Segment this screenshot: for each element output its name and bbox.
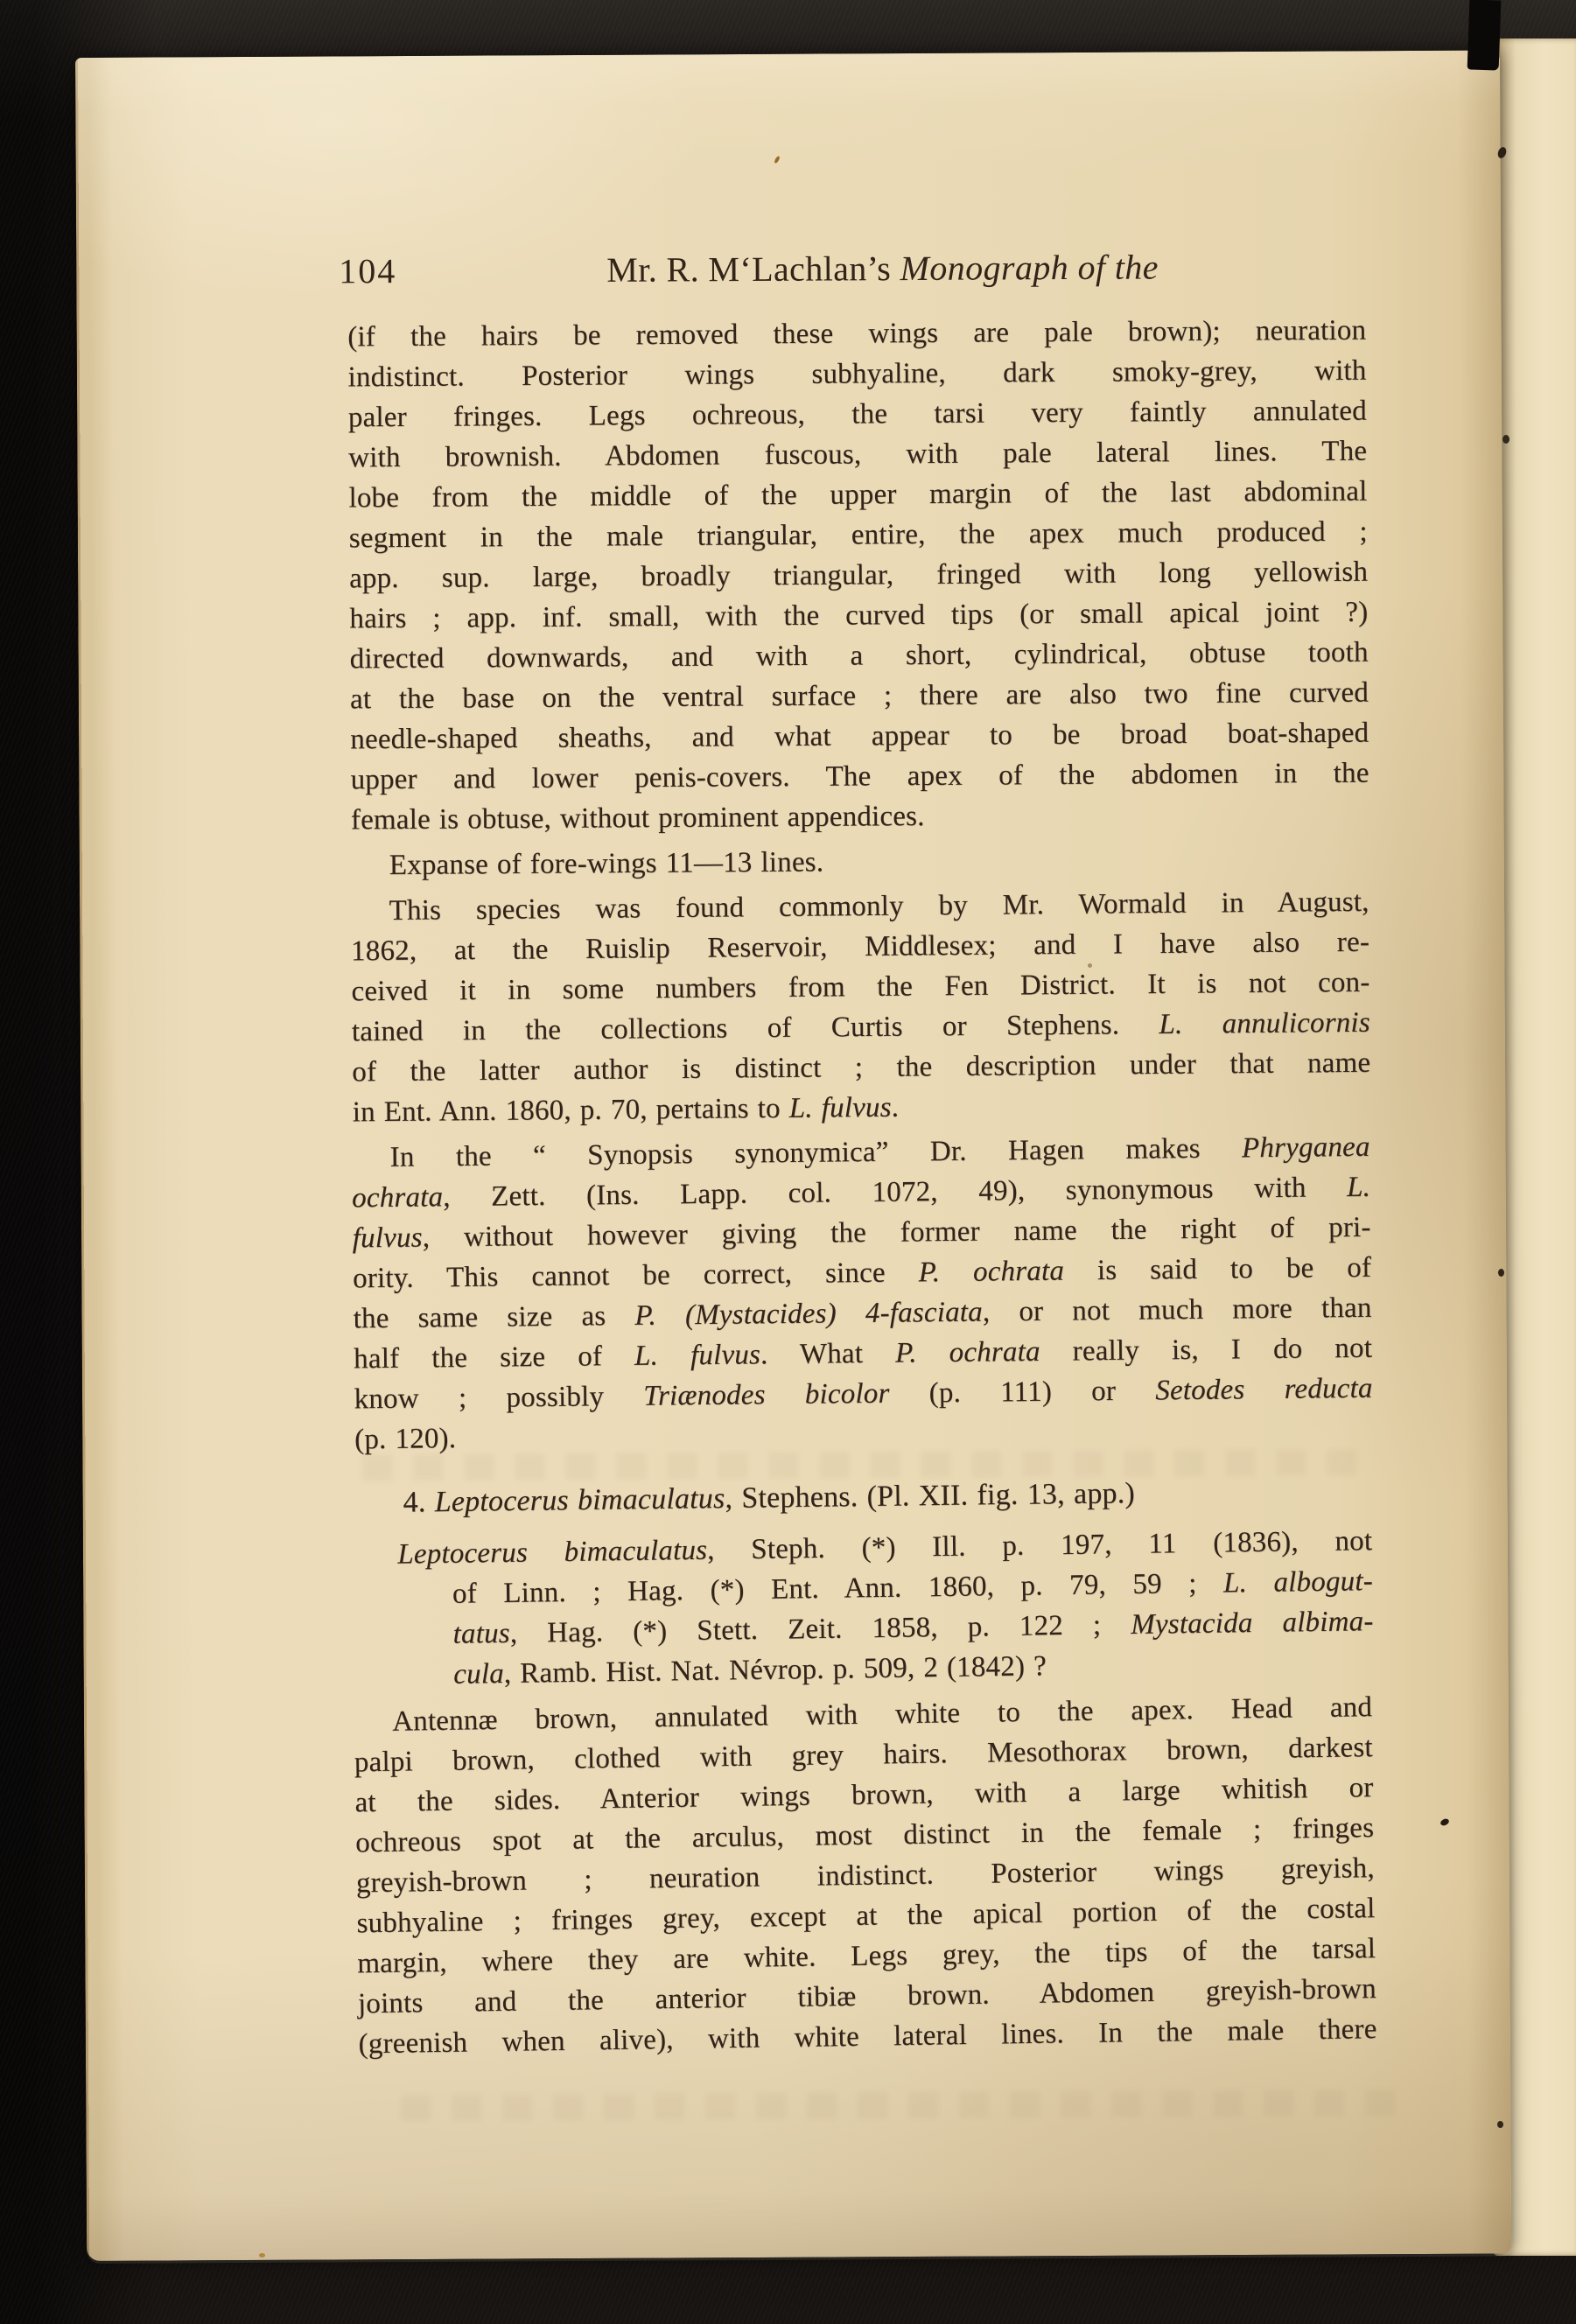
roman-text: needle-shaped sheaths, and what appear t… bbox=[350, 717, 1369, 756]
text-block: (if the hairs be removed these wings are… bbox=[348, 311, 1376, 2069]
text-line: indistinct. Posterior wings subhyaline, … bbox=[347, 351, 1366, 398]
roman-text: (p. 111) or bbox=[889, 1375, 1155, 1409]
italic-text: P. ochrata bbox=[918, 1256, 1064, 1289]
text-line: female is obtuse, without prominent appe… bbox=[351, 794, 1369, 841]
roman-text: ceived it in some numbers from the Fen D… bbox=[351, 967, 1369, 1008]
roman-text: , or not much more than bbox=[983, 1292, 1372, 1328]
binding-gap bbox=[1467, 0, 1502, 71]
show-through-band bbox=[401, 2089, 1407, 2121]
roman-text: , Steph. (*) Ill. p. 197, 11 (1836), not bbox=[707, 1525, 1373, 1566]
roman-text: with brownish. Abdomen fuscous, with pal… bbox=[348, 436, 1367, 474]
paragraph: In the “ Synopsis synonymica” Dr. Hagen … bbox=[351, 1127, 1373, 1460]
italic-text: L. annulicornis bbox=[1159, 1007, 1370, 1040]
roman-text: Expanse of fore-wings 11—13 lines. bbox=[389, 846, 824, 881]
roman-text: . What bbox=[760, 1338, 895, 1371]
text-line: segment in the male triangular, entire, … bbox=[349, 512, 1368, 559]
italic-text: cula bbox=[453, 1658, 504, 1690]
roman-text: at the base on the ventral surface ; the… bbox=[350, 677, 1369, 716]
text-line: lobe from the middle of the upper margin… bbox=[348, 472, 1367, 519]
italic-text: Triænodes bicolor bbox=[643, 1378, 890, 1412]
italic-text: Leptocerus bimaculatus bbox=[397, 1535, 707, 1571]
roman-text: of Linn. ; Hag. (*) Ent. Ann. 1860, p. 7… bbox=[452, 1567, 1224, 1609]
text-line: (if the hairs be removed these wings are… bbox=[347, 311, 1366, 358]
text-line: app. sup. large, broadly triangular, fri… bbox=[349, 552, 1368, 599]
text-line: 4. Leptocerus bimaculatus, Stephens. (Pl… bbox=[354, 1471, 1372, 1524]
roman-text: upper and lower penis-covers. The apex o… bbox=[351, 758, 1369, 796]
roman-text: app. sup. large, broadly triangular, fri… bbox=[349, 556, 1368, 595]
italic-text: tatus bbox=[452, 1618, 510, 1650]
roman-text: female is obtuse, without prominent appe… bbox=[351, 801, 925, 836]
text-line: paler fringes. Legs ochreous, the tarsi … bbox=[348, 391, 1367, 438]
roman-text: paler fringes. Legs ochreous, the tarsi … bbox=[348, 395, 1367, 434]
roman-text: ority. This cannot be correct, since bbox=[353, 1256, 919, 1294]
italic-text: ochrata bbox=[352, 1181, 443, 1214]
italic-text: Leptocerus bimaculatus bbox=[435, 1482, 725, 1518]
scanner-background: 104 Mr. R. M‘Lachlan’s Monograph of the … bbox=[0, 0, 1576, 2324]
dust-speck bbox=[1498, 1269, 1504, 1277]
roman-text: , Zett. (Ins. Lapp. col. 1072, 49), syno… bbox=[443, 1172, 1347, 1213]
paragraph: Expanse of fore-wings 11—13 lines. bbox=[351, 838, 1369, 886]
dust-speck bbox=[1497, 2121, 1503, 2128]
roman-text: know ; possibly bbox=[354, 1381, 643, 1416]
italic-text: L. bbox=[1347, 1172, 1370, 1203]
roman-text: in Ent. Ann. 1860, p. 70, pertains to bbox=[353, 1093, 789, 1129]
roman-text: really is, I do not bbox=[1040, 1333, 1373, 1368]
italic-text: L. albogut- bbox=[1223, 1565, 1373, 1599]
roman-text: , Stephens. (Pl. XII. fig. 13, app.) bbox=[725, 1477, 1135, 1515]
text-line: hairs ; app. inf. small, with the curved… bbox=[349, 592, 1368, 640]
text-line: needle-shaped sheaths, and what appear t… bbox=[350, 713, 1369, 760]
paragraph: (if the hairs be removed these wings are… bbox=[347, 311, 1369, 841]
paragraph: This species was found commonly by Mr. W… bbox=[350, 882, 1370, 1133]
text-line: at the base on the ventral surface ; the… bbox=[350, 673, 1369, 720]
book-page: 104 Mr. R. M‘Lachlan’s Monograph of the … bbox=[75, 50, 1511, 2260]
foxing-speck bbox=[1088, 963, 1092, 968]
italic-text: fulvus bbox=[352, 1221, 422, 1254]
roman-text: segment in the male triangular, entire, … bbox=[349, 516, 1368, 555]
roman-text: (p. 120). bbox=[354, 1423, 456, 1455]
roman-text: (if the hairs be removed these wings are… bbox=[347, 315, 1366, 353]
roman-text: is said to be of bbox=[1064, 1252, 1371, 1287]
running-title: Mr. R. M‘Lachlan’s Monograph of the bbox=[606, 247, 1159, 290]
roman-text: lobe from the middle of the upper margin… bbox=[348, 476, 1367, 514]
italic-text: P. ochrata bbox=[895, 1336, 1040, 1369]
italic-text: P. (Mystacides) 4-fasciata bbox=[634, 1297, 983, 1332]
roman-text: of the latter author is distinct ; the d… bbox=[352, 1047, 1370, 1088]
text-line: directed downwards, and with a short, cy… bbox=[350, 633, 1369, 680]
roman-text: tained in the collections of Curtis or S… bbox=[352, 1009, 1159, 1047]
roman-text: In the “ Synopsis synonymica” Dr. Hagen … bbox=[389, 1132, 1242, 1173]
roman-text: 4. bbox=[403, 1486, 435, 1518]
roman-text: half the size of bbox=[354, 1340, 634, 1375]
roman-text: , Ramb. Hist. Nat. Névrop. p. 509, 2 (18… bbox=[504, 1650, 1047, 1690]
roman-text: This species was found commonly by Mr. W… bbox=[389, 886, 1369, 927]
text-line: Expanse of fore-wings 11—13 lines. bbox=[351, 838, 1369, 886]
roman-text: 1862, at the Ruislip Reservoir, Middlese… bbox=[351, 927, 1369, 968]
running-head: 104 Mr. R. M‘Lachlan’s Monograph of the bbox=[76, 244, 1501, 296]
text-line: in Ent. Ann. 1860, p. 70, pertains to L.… bbox=[353, 1083, 1371, 1133]
paragraph: 4. Leptocerus bimaculatus, Stephens. (Pl… bbox=[354, 1471, 1372, 1524]
roman-text: indistinct. Posterior wings subhyaline, … bbox=[347, 355, 1366, 394]
roman-text: . bbox=[892, 1092, 900, 1123]
running-title-italic: Monograph of the bbox=[900, 248, 1159, 289]
roman-text: hairs ; app. inf. small, with the curved… bbox=[349, 597, 1368, 635]
roman-text: , without however giving the former name… bbox=[423, 1212, 1371, 1254]
text-line: upper and lower penis-covers. The apex o… bbox=[350, 753, 1369, 801]
roman-text: , Hag. (*) Stett. Zeit. 1858, p. 122 ; bbox=[510, 1609, 1131, 1649]
italic-text: Phryganea bbox=[1242, 1131, 1370, 1165]
text-line: with brownish. Abdomen fuscous, with pal… bbox=[348, 431, 1367, 479]
italic-text: L. fulvus bbox=[634, 1339, 760, 1372]
roman-text: the same size as bbox=[353, 1300, 634, 1334]
italic-text: L. fulvus bbox=[789, 1092, 892, 1124]
paragraph: Antennæ brown, annulated with white to t… bbox=[354, 1687, 1377, 2064]
page-number: 104 bbox=[339, 250, 396, 291]
foxing-speck bbox=[259, 2253, 265, 2257]
dust-speck bbox=[1502, 435, 1509, 444]
roman-text: directed downwards, and with a short, cy… bbox=[350, 637, 1369, 675]
running-title-roman: Mr. R. M‘Lachlan’s bbox=[606, 248, 900, 290]
italic-text: Setodes reducta bbox=[1155, 1373, 1373, 1407]
paragraph: Leptocerus bimaculatus, Steph. (*) Ill. … bbox=[354, 1521, 1374, 1696]
italic-text: Mystacida albima- bbox=[1131, 1606, 1374, 1641]
